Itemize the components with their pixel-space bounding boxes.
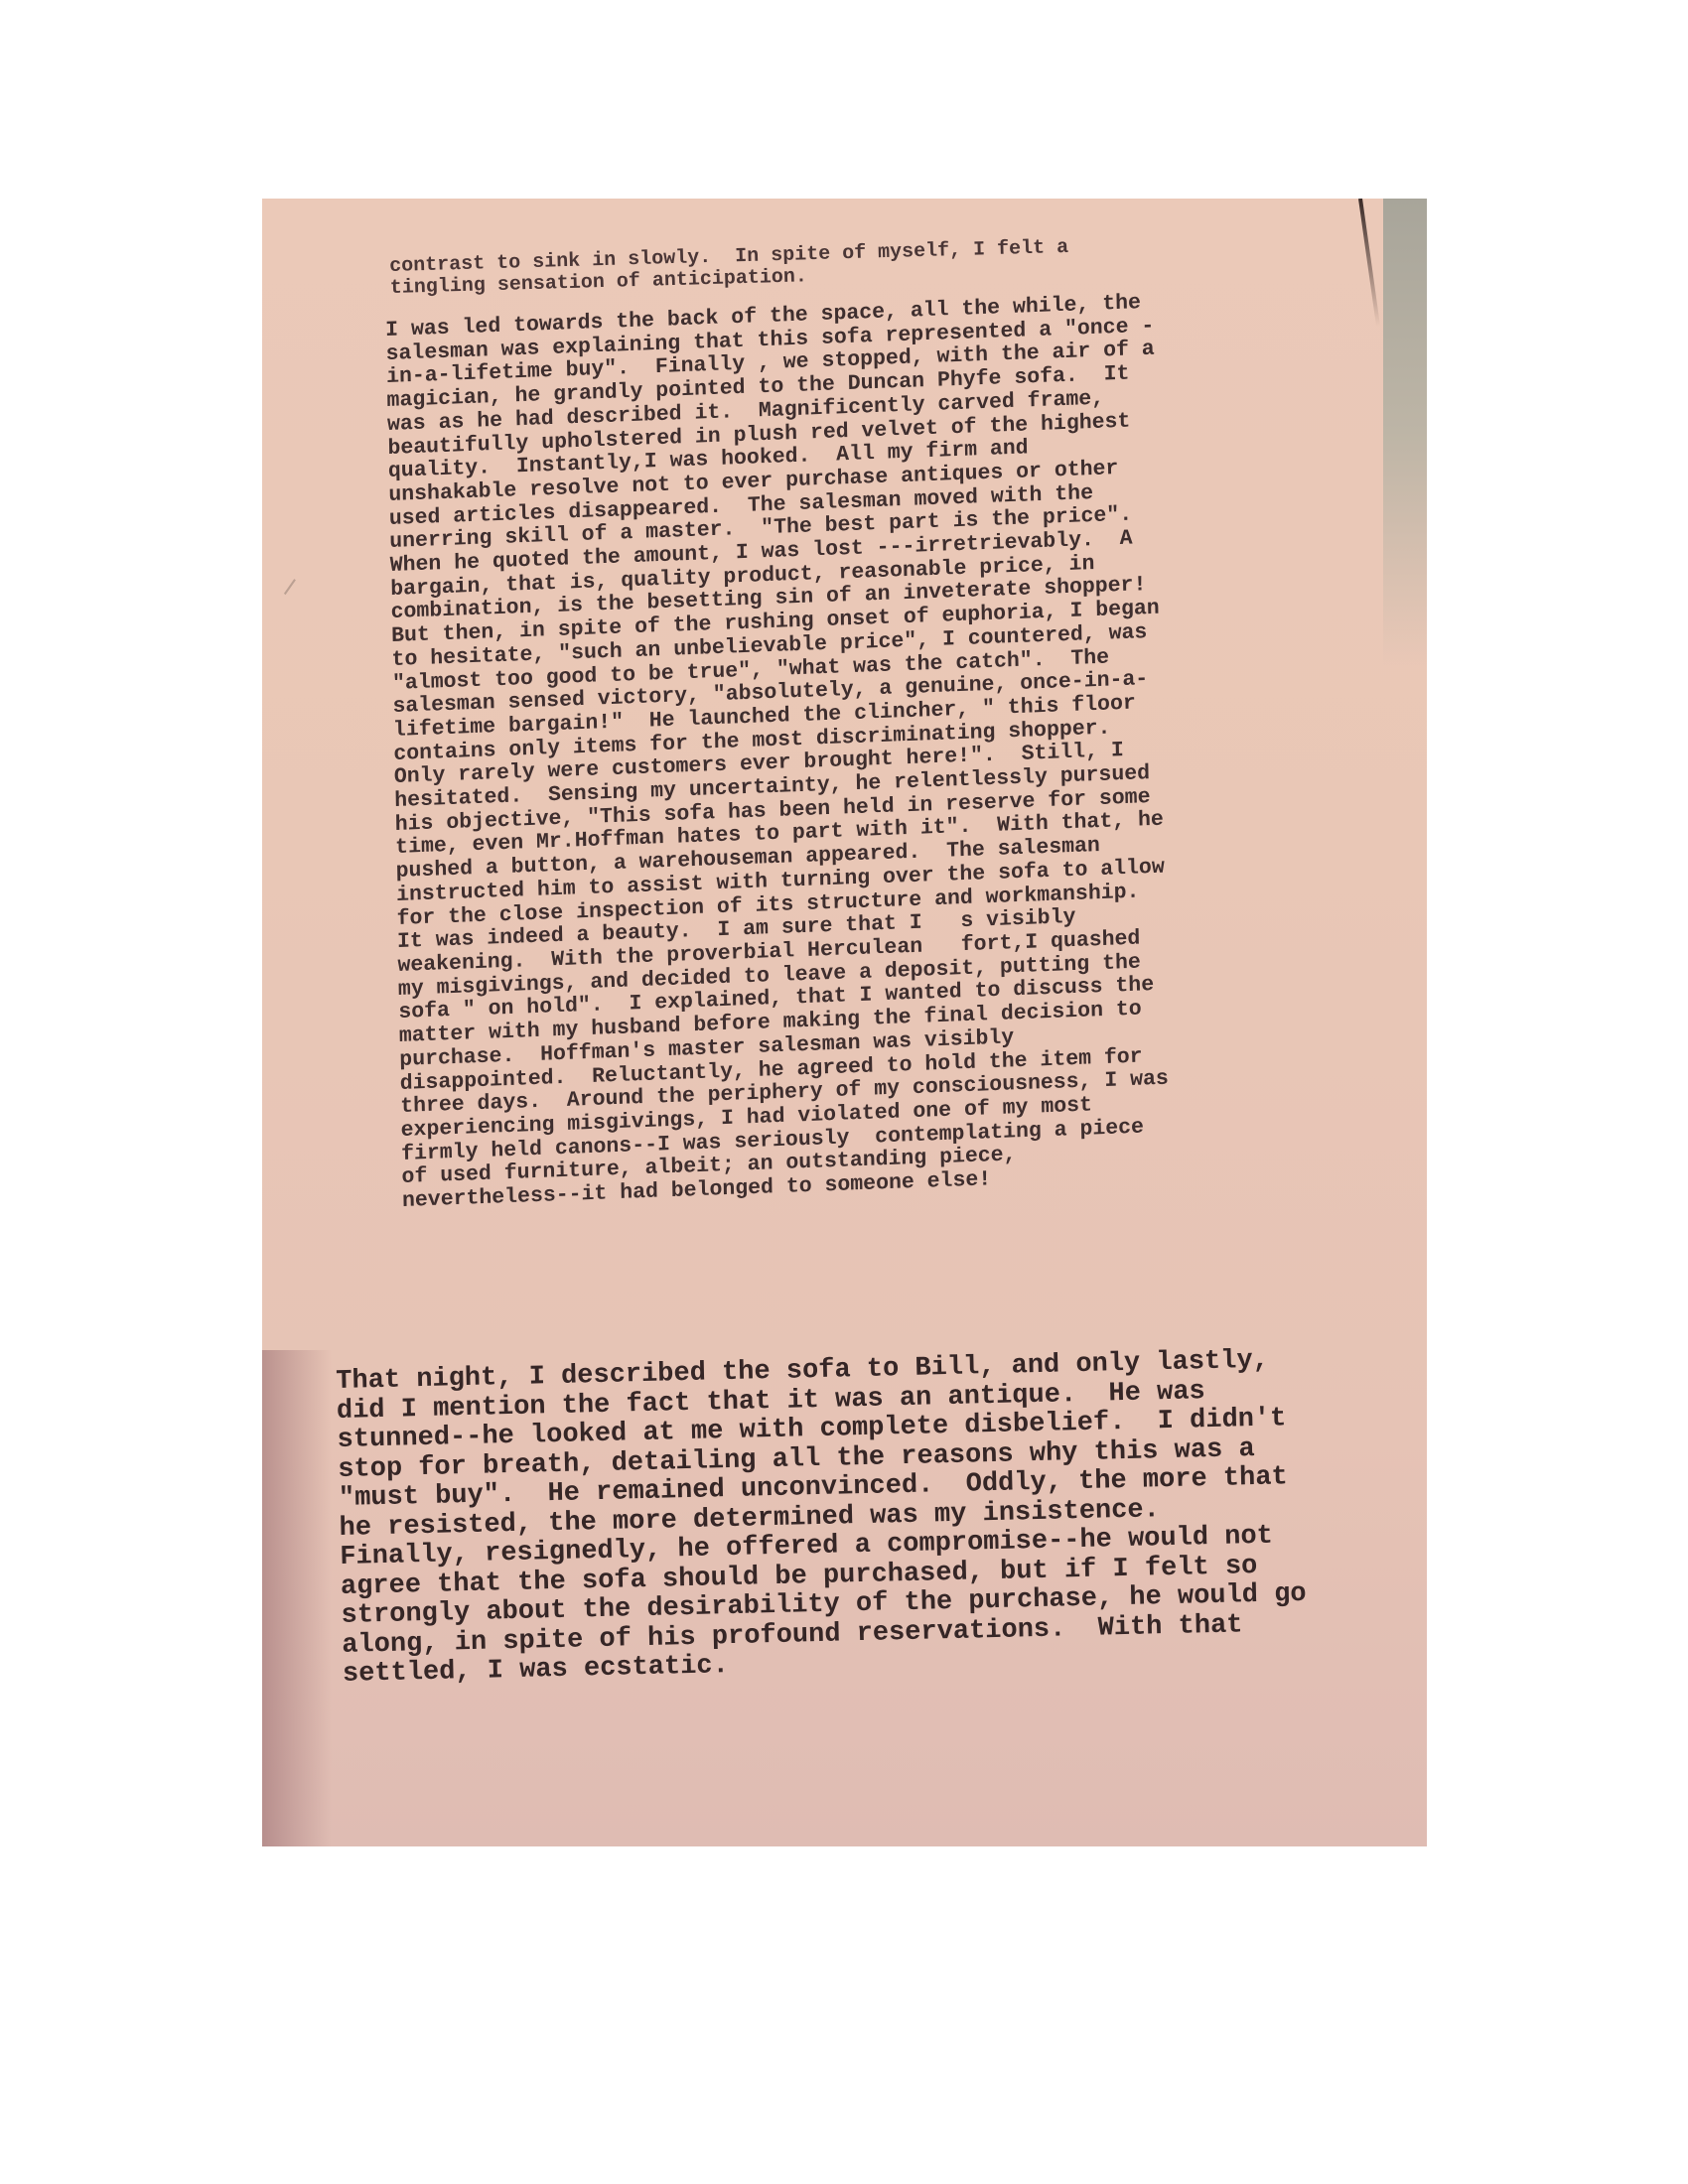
page-crease: [1358, 199, 1380, 327]
paragraph-3: That night, I described the sofa to Bill…: [336, 1346, 1308, 1690]
paragraph-2: I was led towards the back of the space,…: [385, 292, 1171, 1214]
pencil-mark: [284, 579, 304, 601]
